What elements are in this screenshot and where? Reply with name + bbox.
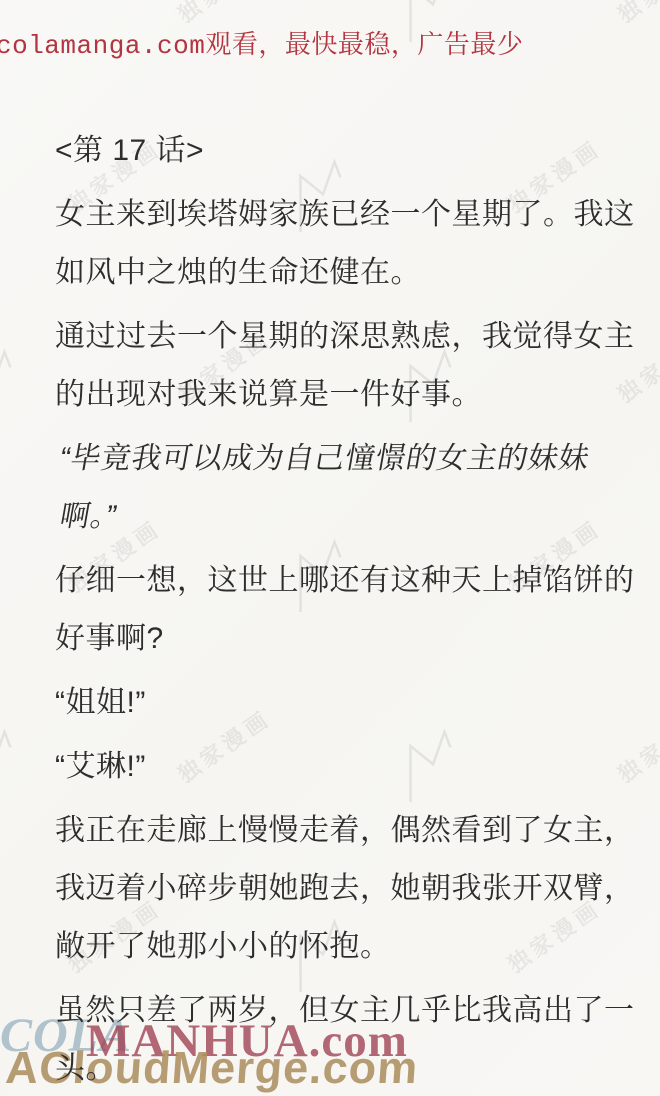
background-arrow-mark: [0, 711, 47, 814]
paragraph: 通过过去一个星期的深思熟虑，我觉得女主的出现对我来说算是一件好事。: [55, 308, 638, 424]
text-line: 通过过去一个星期的深思熟虑，我觉得女主: [55, 308, 638, 366]
paragraph-list: 女主来到埃塔姆家族已经一个星期了。我这如风中之烛的生命还健在。通过过去一个星期的…: [55, 186, 638, 1096]
paragraph: 仔细一想，这世上哪还有这种天上掉馅饼的好事啊?: [55, 552, 638, 668]
manga-reader-page: 独家漫画独家漫画独家漫画独家漫画独家漫画独家漫画独家漫画独家漫画独家漫画独家漫画…: [0, 0, 660, 1096]
text-line: “毕竟我可以成为自己憧憬的女主的妹妹: [55, 430, 648, 488]
text-line: “姐姐!”: [55, 674, 638, 732]
text-line: 好事啊?: [55, 610, 638, 668]
chapter-title: <第 17 话>: [55, 122, 638, 180]
text-line: 我正在走廊上慢慢走着，偶然看到了女主，: [55, 802, 638, 860]
background-watermark-text: 独家漫画: [611, 0, 660, 29]
text-line: 仔细一想，这世上哪还有这种天上掉馅饼的: [55, 552, 638, 610]
paragraph: 虽然只差了两岁，但女主几乎比我高出了一头。: [55, 982, 638, 1096]
site-banner-text: colamanga.com观看，最快最稳，广告最少: [0, 24, 523, 61]
text-line: 的出现对我来说算是一件好事。: [55, 366, 638, 424]
text-line: 虽然只差了两岁，但女主几乎比我高出了一: [55, 982, 638, 1040]
text-line: 敞开了她那小小的怀抱。: [55, 918, 638, 976]
text-line: 头。: [55, 1040, 638, 1096]
reader-content: <第 17 话> 女主来到埃塔姆家族已经一个星期了。我这如风中之烛的生命还健在。…: [55, 122, 638, 1096]
text-line: 女主来到埃塔姆家族已经一个星期了。我这: [55, 186, 638, 244]
paragraph: “艾琳!”: [55, 738, 638, 796]
paragraph: “姐姐!”: [55, 674, 638, 732]
text-line: 啊。”: [55, 488, 648, 546]
text-line: 我迈着小碎步朝她跑去，她朝我张开双臂，: [55, 860, 638, 918]
text-line: “艾琳!”: [55, 738, 638, 796]
paragraph: 我正在走廊上慢慢走着，偶然看到了女主，我迈着小碎步朝她跑去，她朝我张开双臂，敞开…: [55, 802, 638, 976]
paragraph: 女主来到埃塔姆家族已经一个星期了。我这如风中之烛的生命还健在。: [55, 186, 638, 302]
background-arrow-mark: [0, 331, 47, 434]
text-line: 如风中之烛的生命还健在。: [55, 244, 638, 302]
paragraph: “毕竟我可以成为自己憧憬的女主的妹妹啊。”: [55, 430, 638, 546]
